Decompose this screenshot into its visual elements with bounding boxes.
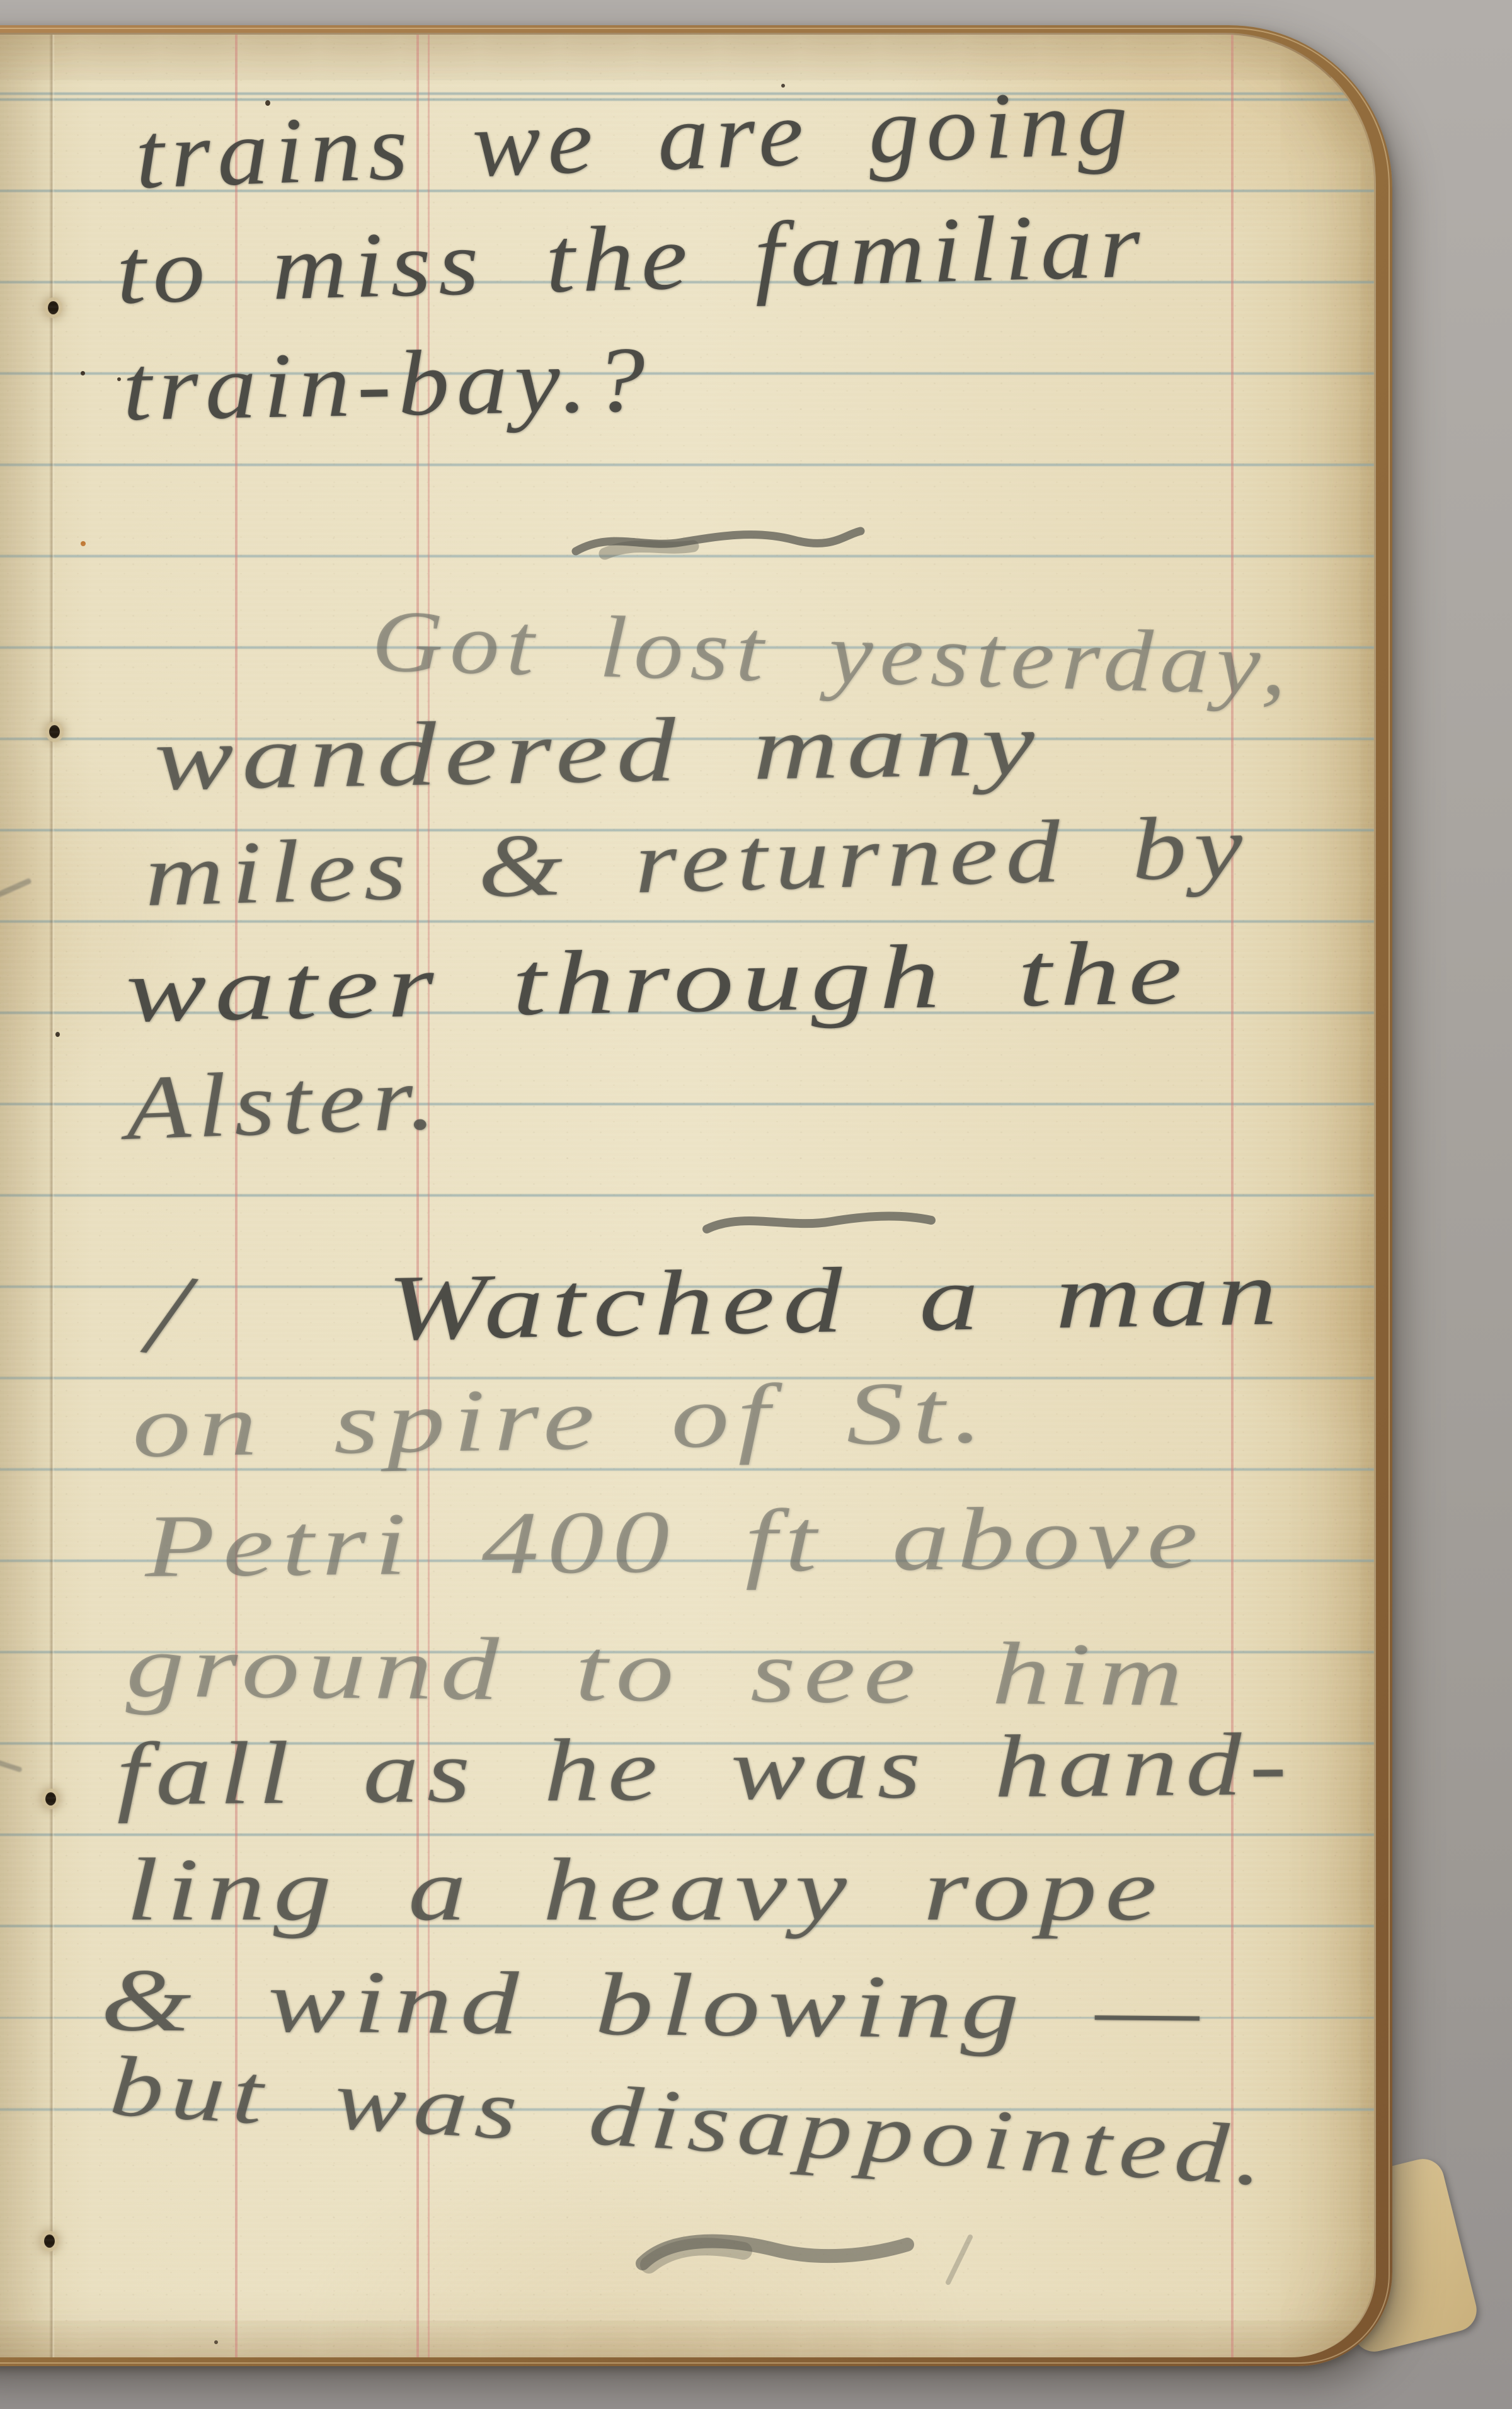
margin-line-red xyxy=(416,35,419,2357)
divider-squiggle xyxy=(699,1199,939,1249)
binding-crease xyxy=(49,35,55,2357)
paper-speck xyxy=(81,541,86,546)
margin-line-red xyxy=(1231,35,1234,2357)
divider-squiggle xyxy=(567,512,869,575)
notebook-page: trains we are going to miss the familiar… xyxy=(0,33,1376,2357)
paper-speck xyxy=(214,2340,218,2344)
paper-speck xyxy=(265,100,270,106)
scanned-notebook-photo: trains we are going to miss the familiar… xyxy=(0,0,1512,2409)
paper-speck xyxy=(781,84,785,88)
stitch-hole xyxy=(45,1792,56,1805)
stitch-hole xyxy=(44,2234,55,2248)
margin-line-red xyxy=(428,35,430,2357)
ruled-lines xyxy=(0,35,1374,2142)
paper-speck xyxy=(55,1032,60,1037)
margin-line-red xyxy=(235,35,238,2357)
paper-speck xyxy=(117,377,121,381)
page-edge-stack: trains we are going to miss the familiar… xyxy=(0,25,1392,2366)
stitch-hole xyxy=(49,725,60,738)
divider-squiggle xyxy=(630,2219,983,2308)
paper-speck xyxy=(81,371,85,375)
stitch-hole xyxy=(48,301,59,314)
gutter-shading xyxy=(0,35,57,2357)
